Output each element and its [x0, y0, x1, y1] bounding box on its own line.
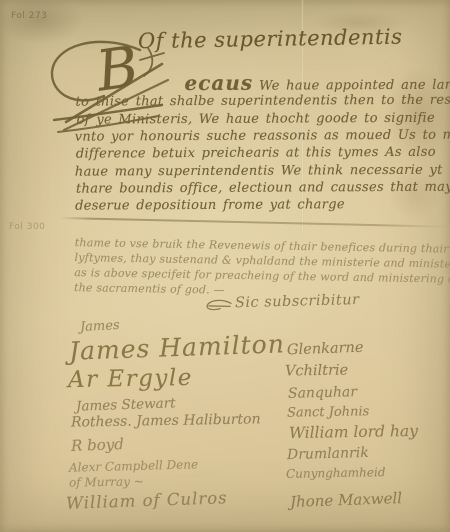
paragraph-line-text: We haue appointed ane largeare stipend [259, 77, 450, 94]
folio-label-top: Fol 273 [11, 11, 47, 21]
signature: Alexr Campbell Dene [69, 457, 198, 474]
signature: James Stewart [76, 395, 176, 414]
signature: James Hamilton [69, 329, 286, 366]
paragraph-line: to thise that shalbe superintendentis th… [75, 93, 450, 110]
subscription-text: Sic subscribitur [235, 292, 360, 311]
signature: Ar Ergyle [68, 365, 193, 393]
signature: William of Culros [66, 488, 228, 513]
signature: of Murray ~ [69, 474, 144, 489]
horizontal-rule [60, 217, 448, 227]
signature: Rothess. James Haliburton [71, 411, 261, 430]
paragraph-line: of ye Ministeris, We haue thocht goode t… [77, 111, 435, 128]
signature: Vchiltrie [285, 362, 348, 379]
paragraph-line: vnto yor honouris suche reassonis as mou… [75, 128, 450, 145]
paragraph-line: haue many superintendentis We think nece… [75, 163, 443, 180]
manuscript-page: Fol 273 Of the superintendentis B ecausW… [0, 0, 450, 532]
drop-cap-initial: B [93, 39, 142, 100]
signature: Glenkarne [287, 340, 364, 359]
signature: Cunynghamheid [286, 465, 386, 481]
signature: Sanct Johnis [287, 404, 370, 420]
paragraph-line: ecausWe haue appointed ane largeare stip… [184, 69, 450, 95]
paragraph-line: difference betuix preichearis at this ty… [76, 145, 436, 162]
faint-note: thame to vse bruik the Revenewis of thai… [74, 235, 450, 302]
opening-word: ecaus [184, 71, 253, 95]
paragraph-line: deserue depositioun frome yat charge [75, 197, 345, 213]
signature: James [80, 318, 120, 335]
folio-label-middle: Fol 300 [9, 222, 45, 232]
flourish-icon [206, 299, 232, 312]
signature: Sanquhar [288, 384, 357, 402]
signature: Jhone Maxwell [290, 489, 403, 511]
paragraph-line: thare boundis office, electioun and caus… [76, 180, 450, 197]
signature: R boyd [71, 435, 124, 455]
signature: William lord hay [289, 422, 418, 442]
subscription-line: Sic subscribitur [206, 292, 360, 312]
signature: Drumlanrik [287, 445, 369, 463]
